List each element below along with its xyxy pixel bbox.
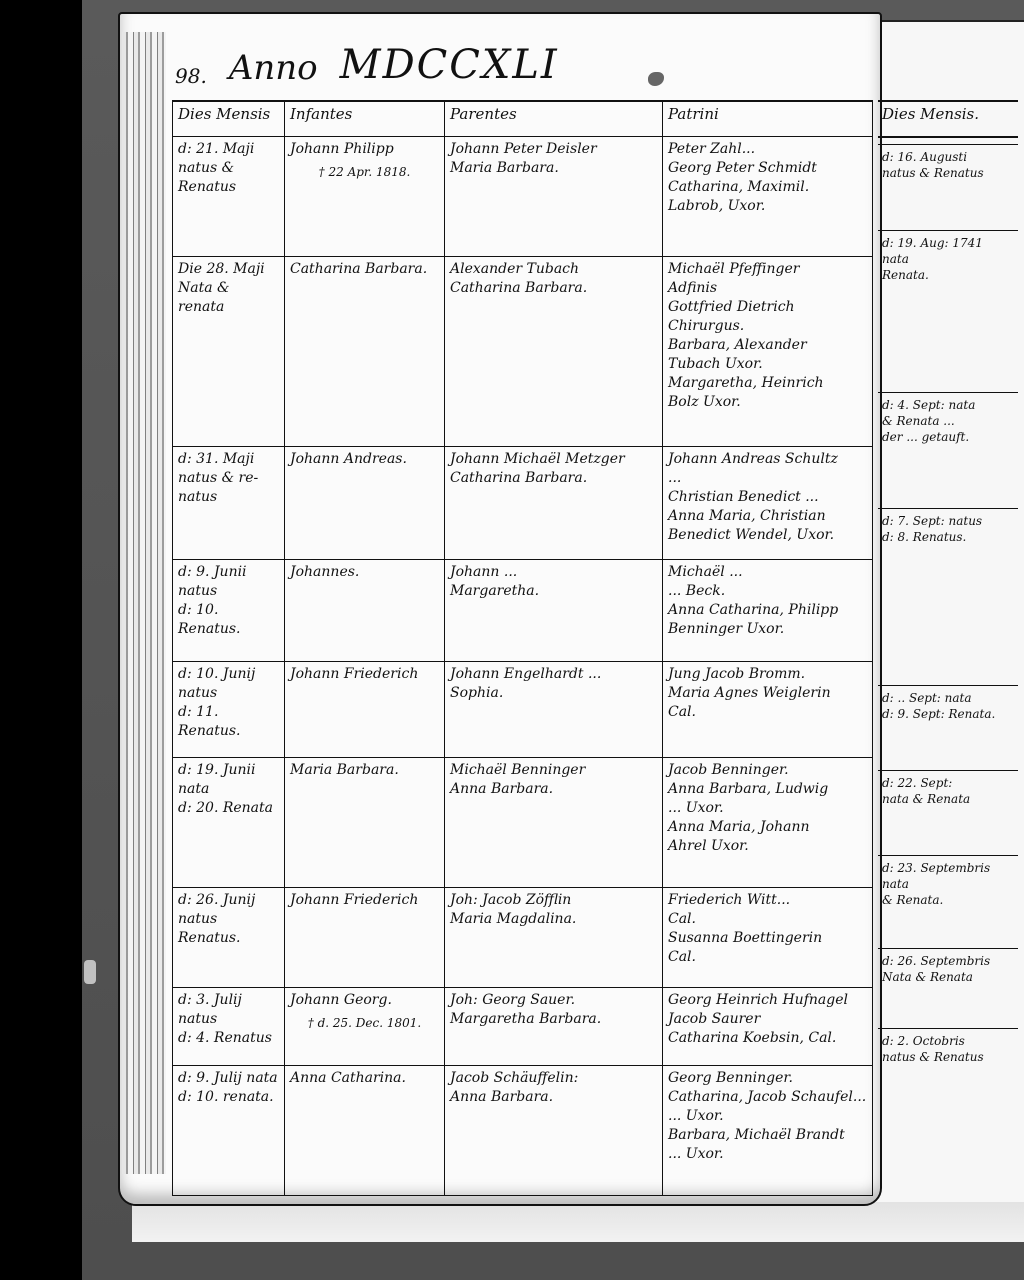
right-entry-line: d: 8. Renatus.	[882, 529, 1014, 545]
right-page-column: Dies Mensis. d: 16. Augustinatus & Renat…	[878, 100, 1018, 138]
entry-parents: Johann Engelhardt ...Sophia.	[445, 662, 663, 758]
right-entry-line: Nata & Renata	[882, 969, 1014, 985]
entry-parents-line: Catharina Barbara.	[450, 279, 657, 298]
entry-godparents-line: Gottfried Dietrich	[668, 298, 867, 317]
right-entry-line: d: 4. Sept: nata	[882, 397, 1014, 413]
entry-parents: Joh: Georg Sauer.Margaretha Barbara.	[445, 988, 663, 1066]
entry-date-line: natus	[178, 910, 279, 929]
right-entry-line: d: 26. Septembris	[882, 953, 1014, 969]
entry-godparents-line: Jacob Benninger.	[668, 761, 867, 780]
entry-godparents-line: Jacob Saurer	[668, 1010, 867, 1029]
entry-parents: Michaël BenningerAnna Barbara.	[445, 758, 663, 888]
entry-date-line: d: 9. Julij nata	[178, 1069, 279, 1088]
infant-name: Johann Georg.	[290, 991, 439, 1010]
entry-godparents-line: Catharina, Jacob Schaufel...	[668, 1088, 867, 1107]
entry-date-line: d: 9. Junii	[178, 563, 279, 582]
entry-godparents-line: Cal.	[668, 703, 867, 722]
entry-godparents-line: Bolz Uxor.	[668, 393, 867, 412]
table-row: d: 9. Julij natad: 10. renata.Anna Catha…	[173, 1066, 873, 1196]
entry-godparents-line: Christian Benedict ...	[668, 488, 867, 507]
right-entry-line: d: 9. Sept: Renata.	[882, 706, 1014, 722]
infant-name: Johann Andreas.	[290, 450, 439, 469]
right-entry-line: der ... getauft.	[882, 429, 1014, 445]
entry-godparents-line: ...	[668, 469, 867, 488]
entry-godparents-line: Benedict Wendel, Uxor.	[668, 526, 867, 545]
entry-date-line: d: 20. Renata	[178, 799, 279, 818]
entry-godparents-line: Anna Maria, Johann	[668, 818, 867, 837]
entry-godparents-line: Michaël Pfeffinger	[668, 260, 867, 279]
right-column-header: Dies Mensis.	[878, 100, 1018, 138]
entry-godparents-line: Friederich Witt...	[668, 891, 867, 910]
entry-godparents: Johann Andreas Schultz...Christian Bened…	[663, 447, 873, 560]
entry-date: d: 26. JunijnatusRenatus.	[173, 888, 285, 988]
book-spine	[122, 32, 166, 1174]
column-header-parents: Parentes	[445, 101, 663, 137]
right-entry-line: natus & Renatus	[882, 165, 1014, 181]
entry-date-line: natus	[178, 684, 279, 703]
entry-godparents-line: ... Uxor.	[668, 799, 867, 818]
entry-infant: Johannes.	[285, 560, 445, 662]
entry-date-line: natus	[178, 582, 279, 601]
right-page-entry: d: .. Sept: natad: 9. Sept: Renata.	[878, 685, 1018, 726]
entry-date-line: Renatus	[178, 178, 279, 197]
entry-parents-line: Catharina Barbara.	[450, 469, 657, 488]
entry-date-line: nata	[178, 780, 279, 799]
entry-godparents-line: Peter Zahl...	[668, 140, 867, 159]
entry-godparents: Jacob Benninger.Anna Barbara, Ludwig... …	[663, 758, 873, 888]
entry-godparents-line: Jung Jacob Bromm.	[668, 665, 867, 684]
infant-name: Johannes.	[290, 563, 439, 582]
entry-date-line: Renatus.	[178, 929, 279, 948]
table-row: d: 26. JunijnatusRenatus.Johann Friederi…	[173, 888, 873, 988]
entry-godparents-line: Georg Peter Schmidt	[668, 159, 867, 178]
column-header-date: Dies Mensis	[173, 101, 285, 137]
entry-date: d: 3. Julijnatusd: 4. Renatus	[173, 988, 285, 1066]
entry-godparents-line: Cal.	[668, 948, 867, 967]
baptism-register-table: Dies Mensis Infantes Parentes Patrini d:…	[172, 100, 873, 1196]
right-entry-line: d: 2. Octobris	[882, 1033, 1014, 1049]
entry-date: d: 21. Majinatus &Renatus	[173, 137, 285, 257]
entry-date: d: 19. Juniinatad: 20. Renata	[173, 758, 285, 888]
entry-godparents-line: Labrob, Uxor.	[668, 197, 867, 216]
entry-infant: Johann Georg.† d. 25. Dec. 1801.	[285, 988, 445, 1066]
right-entry-line: d: 23. Septembris	[882, 860, 1014, 876]
heading-year: MDCCXLI	[340, 42, 559, 88]
entry-godparents-line: Johann Andreas Schultz	[668, 450, 867, 469]
entry-parents-line: Joh: Georg Sauer.	[450, 991, 657, 1010]
right-entry-line: d: 7. Sept: natus	[882, 513, 1014, 529]
scan-border	[0, 0, 82, 1280]
entry-parents-line: Margaretha.	[450, 582, 657, 601]
entry-infant: Maria Barbara.	[285, 758, 445, 888]
infant-name: Johann Philipp	[290, 140, 439, 159]
column-header-infant: Infantes	[285, 101, 445, 137]
heading-anno: Anno	[229, 48, 318, 88]
entry-parents-line: Anna Barbara.	[450, 780, 657, 799]
entry-parents: Jacob Schäuffelin:Anna Barbara.	[445, 1066, 663, 1196]
entry-date: d: 31. Majinatus & re-natus	[173, 447, 285, 560]
entry-parents-line: Johann ...	[450, 563, 657, 582]
table-row: d: 3. Julijnatusd: 4. RenatusJohann Geor…	[173, 988, 873, 1066]
entry-godparents-line: Cal.	[668, 910, 867, 929]
page-number: 98.	[175, 64, 207, 88]
entry-godparents-line: Margaretha, Heinrich	[668, 374, 867, 393]
right-entry-line: & Renata.	[882, 892, 1014, 908]
entry-date-line: d: 11. Renatus.	[178, 703, 279, 741]
entry-godparents: Georg Heinrich HufnagelJacob SaurerCatha…	[663, 988, 873, 1066]
entry-godparents: Peter Zahl...Georg Peter SchmidtCatharin…	[663, 137, 873, 257]
right-page-entry: d: 7. Sept: natusd: 8. Renatus.	[878, 508, 1018, 549]
right-entry-line: d: .. Sept: nata	[882, 690, 1014, 706]
entry-date-line: d: 10. renata.	[178, 1088, 279, 1107]
right-page-entry: d: 26. SeptembrisNata & Renata	[878, 948, 1018, 989]
entry-date: Die 28. MajiNata & renata	[173, 257, 285, 447]
entry-date-line: natus & re-	[178, 469, 279, 488]
column-header-godparents: Patrini	[663, 101, 873, 137]
right-page-entry: d: 22. Sept:nata & Renata	[878, 770, 1018, 811]
entry-godparents-line: Michaël ...	[668, 563, 867, 582]
entry-godparents: Jung Jacob Bromm.Maria Agnes WeiglerinCa…	[663, 662, 873, 758]
right-page-entry: d: 16. Augustinatus & Renatus	[878, 144, 1018, 185]
entry-date: d: 9. Julij natad: 10. renata.	[173, 1066, 285, 1196]
entry-infant: Johann Philipp† 22 Apr. 1818.	[285, 137, 445, 257]
entry-parents-line: Johann Engelhardt ...	[450, 665, 657, 684]
entry-date-line: d: 10. Renatus.	[178, 601, 279, 639]
entry-date-line: Nata & renata	[178, 279, 279, 317]
entry-godparents-line: Adfinis	[668, 279, 867, 298]
page-heading: 98. Anno MDCCXLI	[175, 28, 645, 88]
entry-parents-line: Joh: Jacob Zöfflin	[450, 891, 657, 910]
entry-date-line: d: 21. Maji	[178, 140, 279, 159]
entry-infant: Johann Friederich	[285, 662, 445, 758]
right-entry-line: d: 16. Augusti	[882, 149, 1014, 165]
entry-parents-line: Johann Peter Deisler	[450, 140, 657, 159]
table-row: d: 19. Juniinatad: 20. RenataMaria Barba…	[173, 758, 873, 888]
entry-godparents-line: Catharina Koebsin, Cal.	[668, 1029, 867, 1048]
entry-godparents-line: Barbara, Alexander	[668, 336, 867, 355]
entry-infant: Johann Andreas.	[285, 447, 445, 560]
entry-parents-line: Margaretha Barbara.	[450, 1010, 657, 1029]
right-page-entry: d: 23. Septembrisnata& Renata.	[878, 855, 1018, 912]
entry-date: d: 9. Juniinatusd: 10. Renatus.	[173, 560, 285, 662]
entry-infant: Anna Catharina.	[285, 1066, 445, 1196]
entry-godparents: Friederich Witt...Cal.Susanna Boettinger…	[663, 888, 873, 988]
entry-date-line: natus &	[178, 159, 279, 178]
table-row: Die 28. MajiNata & renataCatharina Barba…	[173, 257, 873, 447]
death-note: † d. 25. Dec. 1801.	[290, 1014, 439, 1033]
entry-parents: Johann ...Margaretha.	[445, 560, 663, 662]
entry-godparents-line: Catharina, Maximil.	[668, 178, 867, 197]
entry-godparents-line: ... Uxor.	[668, 1107, 867, 1126]
entry-infant: Catharina Barbara.	[285, 257, 445, 447]
entry-parents-line: Michaël Benninger	[450, 761, 657, 780]
entry-date: d: 10. Junijnatusd: 11. Renatus.	[173, 662, 285, 758]
entry-parents-line: Jacob Schäuffelin:	[450, 1069, 657, 1088]
entry-godparents-line: Georg Heinrich Hufnagel	[668, 991, 867, 1010]
entry-parents-line: Maria Magdalina.	[450, 910, 657, 929]
entry-date-line: natus	[178, 488, 279, 507]
right-entry-line: nata	[882, 251, 1014, 267]
right-entry-line: natus & Renatus	[882, 1049, 1014, 1065]
entry-parents-line: Johann Michaël Metzger	[450, 450, 657, 469]
entry-parents-line: Sophia.	[450, 684, 657, 703]
table-row: d: 9. Juniinatusd: 10. Renatus.Johannes.…	[173, 560, 873, 662]
entry-parents: Johann Michaël MetzgerCatharina Barbara.	[445, 447, 663, 560]
entry-godparents-line: ... Uxor.	[668, 1145, 867, 1164]
right-page	[872, 20, 1024, 1202]
entry-infant: Johann Friederich	[285, 888, 445, 988]
table-row: d: 21. Majinatus &RenatusJohann Philipp†…	[173, 137, 873, 257]
entry-godparents-line: Anna Catharina, Philipp	[668, 601, 867, 620]
entry-date-line: d: 10. Junij	[178, 665, 279, 684]
entry-parents: Alexander TubachCatharina Barbara.	[445, 257, 663, 447]
infant-name: Maria Barbara.	[290, 761, 439, 780]
entry-godparents-line: Tubach Uxor.	[668, 355, 867, 374]
infant-name: Anna Catharina.	[290, 1069, 439, 1088]
entry-date-line: d: 3. Julij	[178, 991, 279, 1010]
entry-parents-line: Anna Barbara.	[450, 1088, 657, 1107]
right-entry-line: Renata.	[882, 267, 1014, 283]
entry-godparents-line: Barbara, Michaël Brandt	[668, 1126, 867, 1145]
entry-godparents-line: Ahrel Uxor.	[668, 837, 867, 856]
entry-godparents-line: Susanna Boettingerin	[668, 929, 867, 948]
infant-name: Johann Friederich	[290, 665, 439, 684]
entry-godparents-line: Anna Maria, Christian	[668, 507, 867, 526]
entry-godparents: Michaël ...... Beck.Anna Catharina, Phil…	[663, 560, 873, 662]
entry-godparents-line: Anna Barbara, Ludwig	[668, 780, 867, 799]
infant-name: Johann Friederich	[290, 891, 439, 910]
entry-godparents-line: Chirurgus.	[668, 317, 867, 336]
right-page-entry: d: 2. Octobrisnatus & Renatus	[878, 1028, 1018, 1069]
entry-parents-line: Maria Barbara.	[450, 159, 657, 178]
right-page-entry: d: 19. Aug: 1741nataRenata.	[878, 230, 1018, 287]
entry-date-line: d: 4. Renatus	[178, 1029, 279, 1048]
entry-parents-line: Alexander Tubach	[450, 260, 657, 279]
right-entry-line: d: 19. Aug: 1741	[882, 235, 1014, 251]
table-row: d: 31. Majinatus & re-natusJohann Andrea…	[173, 447, 873, 560]
right-entry-line: nata & Renata	[882, 791, 1014, 807]
entry-godparents-line: ... Beck.	[668, 582, 867, 601]
entry-godparents: Michaël PfeffingerAdfinisGottfried Dietr…	[663, 257, 873, 447]
entry-date-line: d: 19. Junii	[178, 761, 279, 780]
entry-parents: Joh: Jacob ZöfflinMaria Magdalina.	[445, 888, 663, 988]
table-header-row: Dies Mensis Infantes Parentes Patrini	[173, 101, 873, 137]
entry-date-line: natus	[178, 1010, 279, 1029]
infant-name: Catharina Barbara.	[290, 260, 439, 279]
entry-date-line: Die 28. Maji	[178, 260, 279, 279]
entry-parents: Johann Peter DeislerMaria Barbara.	[445, 137, 663, 257]
entry-godparents-line: Georg Benninger.	[668, 1069, 867, 1088]
death-note: † 22 Apr. 1818.	[290, 163, 439, 182]
right-entry-line: nata	[882, 876, 1014, 892]
right-entry-line: d: 22. Sept:	[882, 775, 1014, 791]
entry-date-line: d: 26. Junij	[178, 891, 279, 910]
paper-scrap	[84, 960, 96, 984]
right-page-entry: d: 4. Sept: nata& Renata ...der ... geta…	[878, 392, 1018, 449]
entry-godparents-line: Maria Agnes Weiglerin	[668, 684, 867, 703]
right-entry-line: & Renata ...	[882, 413, 1014, 429]
entry-godparents-line: Benninger Uxor.	[668, 620, 867, 639]
entry-date-line: d: 31. Maji	[178, 450, 279, 469]
entry-godparents: Georg Benninger.Catharina, Jacob Schaufe…	[663, 1066, 873, 1196]
table-row: d: 10. Junijnatusd: 11. Renatus.Johann F…	[173, 662, 873, 758]
